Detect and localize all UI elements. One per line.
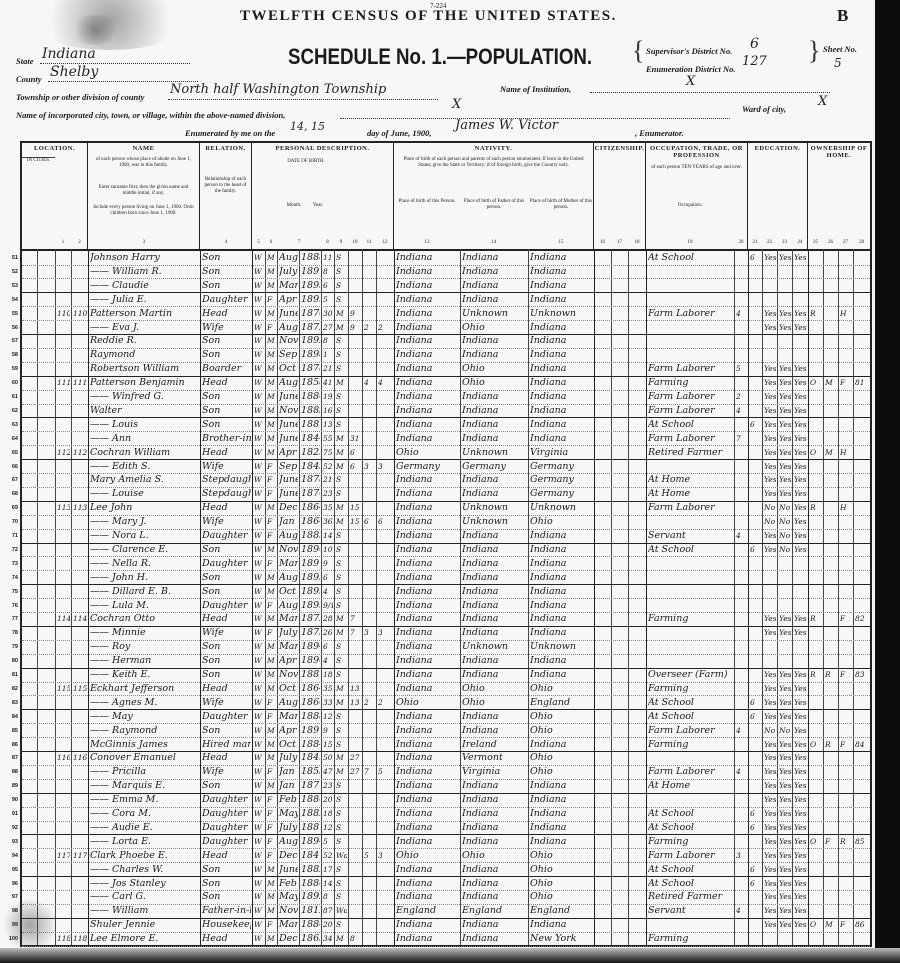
- cell-owned: [810, 460, 822, 474]
- cell-name: Mary Amelia S.: [90, 473, 199, 487]
- cell-months-unemp: 4: [736, 904, 747, 918]
- cell-dwelling: 118: [57, 932, 70, 946]
- cell-month: July: [279, 751, 298, 765]
- day-of-label: day of June, 1900,: [367, 128, 431, 138]
- cell-month: July: [279, 265, 298, 279]
- cell-age: 1: [323, 348, 333, 362]
- cell-yrs-married: [350, 557, 361, 571]
- cell-schedule: [855, 640, 869, 654]
- census-row: 51Johnson HarrySonWMAug188811SIndianaInd…: [22, 251, 870, 266]
- cell-mother: Indiana: [530, 529, 593, 543]
- cell-birth: Indiana: [396, 334, 459, 348]
- cell-birth: Indiana: [396, 293, 459, 307]
- cell-months-unemp: [736, 682, 747, 696]
- cell-owned: [810, 779, 822, 793]
- cell-age: 9/12: [323, 599, 333, 613]
- cell-name: —— Nora L.: [90, 529, 199, 543]
- cell-owned: [810, 890, 822, 904]
- cell-dwelling: 117: [57, 849, 70, 863]
- cell-mother-of: [364, 793, 375, 807]
- cell-year: 1890: [301, 543, 320, 557]
- cell-mother: Indiana: [530, 612, 593, 626]
- cell-relation: Son: [202, 779, 251, 793]
- cell-mortgage: [825, 432, 837, 446]
- cell-write: Yes: [779, 612, 791, 626]
- cell-living: [378, 529, 393, 543]
- cell-english: Yes: [794, 668, 807, 682]
- cell-family: [73, 543, 87, 557]
- cell-father: Indiana: [462, 599, 527, 613]
- cell-father: Indiana: [462, 571, 527, 585]
- cell-write: Yes: [779, 877, 791, 891]
- cell-dwelling: [57, 279, 70, 293]
- cell-father: Vermont: [462, 751, 527, 765]
- cell-school: [750, 904, 761, 918]
- cell-months-unemp: [736, 807, 747, 821]
- cell-color: W: [254, 738, 264, 752]
- schedule-title: SCHEDULE No. 1.—POPULATION.: [288, 44, 592, 70]
- line-number: 74: [4, 575, 18, 581]
- township-label: Township or other division of county: [16, 92, 144, 102]
- census-row: 52—— William R.SonWMJuly18918SIndianaInd…: [22, 265, 870, 280]
- cell-name: —— Louise: [90, 487, 199, 501]
- column-number: 3: [88, 240, 200, 245]
- cell-age: 5: [323, 293, 333, 307]
- cell-color: W: [254, 279, 264, 293]
- cell-color: W: [254, 251, 264, 265]
- column-number: 21: [748, 240, 762, 245]
- cell-farm: [840, 696, 852, 710]
- cell-occupation: At School: [648, 543, 733, 557]
- line-number: 51: [4, 255, 18, 261]
- cell-sex: F: [267, 529, 276, 543]
- cell-father: Indiana: [462, 626, 527, 640]
- cell-marital: S: [336, 571, 347, 585]
- cell-month: Aug: [279, 251, 298, 265]
- cell-write: [779, 571, 791, 585]
- census-row: 56—— Eva J.WifeWFAug187227M922IndianaOhi…: [22, 321, 870, 336]
- cell-mortgage: [825, 543, 837, 557]
- cell-family: [73, 529, 87, 543]
- cell-english: Yes: [794, 724, 807, 738]
- supervisor-value: 6: [750, 36, 759, 52]
- cell-mortgage: [825, 251, 837, 265]
- cell-marital: S: [336, 334, 347, 348]
- cell-school: [750, 793, 761, 807]
- cell-birth: Indiana: [396, 529, 459, 543]
- cell-relation: Wife: [202, 626, 251, 640]
- cell-mother: Indiana: [530, 557, 593, 571]
- cell-sex: M: [267, 446, 276, 460]
- cell-age: 8: [323, 890, 333, 904]
- cell-family: 110: [73, 307, 87, 321]
- personal-description-header: PERSONAL DESCRIPTION. DATE OF BIRTH. Mon…: [252, 143, 394, 249]
- cell-schedule: [855, 710, 869, 724]
- column-number: 15: [528, 240, 594, 245]
- cell-birth: Indiana: [396, 390, 459, 404]
- cell-yrs-married: [350, 543, 361, 557]
- cell-family: 116: [73, 751, 87, 765]
- cell-farm: [840, 557, 852, 571]
- cell-birth: Germany: [396, 460, 459, 474]
- cell-relation: Wife: [202, 765, 251, 779]
- cell-name: —— Cora M.: [90, 807, 199, 821]
- cell-english: Yes: [794, 376, 807, 390]
- cell-sex: F: [267, 765, 276, 779]
- cell-schedule: [855, 585, 869, 599]
- cell-family: 111: [73, 376, 87, 390]
- cell-write: Yes: [779, 765, 791, 779]
- census-row: 78—— MinnieWifeWFJuly187326M733IndianaIn…: [22, 626, 870, 641]
- cell-father: Ohio: [462, 682, 527, 696]
- cell-mortgage: [825, 821, 837, 835]
- cell-write: Yes: [779, 446, 791, 460]
- cell-year: 1870: [301, 307, 320, 321]
- cell-occupation: Farm Laborer: [648, 501, 733, 515]
- cell-relation: Head: [202, 751, 251, 765]
- cell-occupation: [648, 751, 733, 765]
- cell-living: [378, 473, 393, 487]
- cell-age: 11: [323, 251, 333, 265]
- cell-month: Feb: [279, 793, 298, 807]
- column-number: 19: [646, 240, 734, 245]
- cell-dwelling: [57, 724, 70, 738]
- census-row: 72—— Clarence E.SonWMNov189010SIndianaIn…: [22, 543, 870, 558]
- cell-school: 6: [750, 807, 761, 821]
- cell-father: Germany: [462, 460, 527, 474]
- cell-sex: F: [267, 460, 276, 474]
- cell-farm: [840, 654, 852, 668]
- cell-relation: Daughter: [202, 835, 251, 849]
- cell-living: [378, 543, 393, 557]
- cell-schedule: [855, 293, 869, 307]
- cell-age: 27: [323, 321, 333, 335]
- cell-year: 1894: [301, 835, 320, 849]
- cell-living: [378, 571, 393, 585]
- line-number: 68: [4, 491, 18, 497]
- cell-english: [794, 585, 807, 599]
- cell-yrs-married: [350, 724, 361, 738]
- cell-mother-of: [364, 543, 375, 557]
- cell-english: [794, 279, 807, 293]
- cell-owned: [810, 279, 822, 293]
- cell-sex: M: [267, 890, 276, 904]
- cell-marital: M: [336, 460, 347, 474]
- cell-color: W: [254, 376, 264, 390]
- cell-father: Indiana: [462, 418, 527, 432]
- cell-mother-of: [364, 571, 375, 585]
- cell-marital: S: [336, 863, 347, 877]
- cell-mother: Ohio: [530, 890, 593, 904]
- enumerated-label: Enumerated by me on the: [185, 128, 275, 138]
- cell-farm: [840, 460, 852, 474]
- cell-occupation: Servant: [648, 904, 733, 918]
- line-number: 97: [4, 894, 18, 900]
- cell-owned: R: [810, 612, 822, 626]
- cell-dwelling: 112: [57, 446, 70, 460]
- cell-read: Yes: [764, 446, 776, 460]
- cell-owned: [810, 696, 822, 710]
- cell-read: Yes: [764, 765, 776, 779]
- column-number: 4: [200, 240, 252, 245]
- cell-marital: M: [336, 432, 347, 446]
- cell-write: Yes: [779, 473, 791, 487]
- cell-living: 3: [378, 460, 393, 474]
- cell-schedule: [855, 418, 869, 432]
- cell-english: Yes: [794, 751, 807, 765]
- cell-relation: Stepdaughter: [202, 473, 251, 487]
- cell-write: Yes: [779, 696, 791, 710]
- cell-month: June: [279, 863, 298, 877]
- location-header: LOCATION. IN CITIES.: [22, 143, 88, 249]
- cell-read: Yes: [764, 682, 776, 696]
- cell-sex: F: [267, 696, 276, 710]
- cell-write: Yes: [779, 849, 791, 863]
- cell-relation: Head: [202, 612, 251, 626]
- cell-birth: Indiana: [396, 432, 459, 446]
- cell-month: May: [279, 890, 298, 904]
- cell-dwelling: 111: [57, 376, 70, 390]
- column-number: 18: [628, 240, 646, 245]
- cell-owned: [810, 432, 822, 446]
- cell-father: Indiana: [462, 390, 527, 404]
- cell-read: No: [764, 724, 776, 738]
- cell-year: 1843: [301, 460, 320, 474]
- cell-birth: Indiana: [396, 890, 459, 904]
- cell-months-unemp: [736, 877, 747, 891]
- cell-read: Yes: [764, 779, 776, 793]
- cell-english: Yes: [794, 321, 807, 335]
- cell-months-unemp: [736, 585, 747, 599]
- line-number: 82: [4, 686, 18, 692]
- cell-dwelling: [57, 334, 70, 348]
- cell-month: July: [279, 821, 298, 835]
- cell-mother: England: [530, 696, 593, 710]
- cell-school: 6: [750, 821, 761, 835]
- cell-school: [750, 487, 761, 501]
- cell-dwelling: [57, 793, 70, 807]
- cell-mother: Indiana: [530, 432, 593, 446]
- cell-farm: [840, 390, 852, 404]
- line-number: 59: [4, 366, 18, 372]
- cell-living: [378, 668, 393, 682]
- cell-dwelling: [57, 251, 70, 265]
- cell-schedule: 81: [855, 376, 869, 390]
- column-number: 20: [734, 240, 748, 245]
- cell-owned: [810, 710, 822, 724]
- cell-year: 1893: [301, 571, 320, 585]
- cell-color: W: [254, 710, 264, 724]
- cell-english: Yes: [794, 432, 807, 446]
- census-row: 70—— Mary J.WifeWFJan186436M1566IndianaU…: [22, 515, 870, 530]
- cell-living: [378, 863, 393, 877]
- cell-farm: [840, 515, 852, 529]
- census-row: 100118118Lee Elmore E.HeadWMDec186534M8I…: [22, 932, 870, 947]
- cell-relation: Head: [202, 932, 251, 946]
- cell-yrs-married: 15: [350, 501, 361, 515]
- cell-marital: S: [336, 529, 347, 543]
- line-number: 55: [4, 311, 18, 317]
- cell-relation: Head: [202, 849, 251, 863]
- cell-occupation: Farming: [648, 835, 733, 849]
- cell-name: —— Agnes M.: [90, 696, 199, 710]
- cell-occupation: [648, 557, 733, 571]
- cell-color: W: [254, 557, 264, 571]
- cell-school: [750, 918, 761, 932]
- cell-sex: M: [267, 904, 276, 918]
- cell-living: [378, 738, 393, 752]
- cell-write: Yes: [779, 376, 791, 390]
- cell-write: Yes: [779, 460, 791, 474]
- census-row: 99Shuler JennieHousekeeperWFMar188020SIn…: [22, 918, 870, 933]
- cell-yrs-married: [350, 918, 361, 932]
- census-row: 86McGinnis JamesHired manWMOct188415SInd…: [22, 738, 870, 753]
- cell-father: Unknown: [462, 501, 527, 515]
- census-row: 57Reddie R.SonWMNov18928SIndianaIndianaI…: [22, 334, 870, 349]
- cell-age: 20: [323, 918, 333, 932]
- cell-name: —— Herman: [90, 654, 199, 668]
- cell-owned: [810, 793, 822, 807]
- cell-english: Yes: [794, 460, 807, 474]
- cell-farm: F: [840, 668, 852, 682]
- cell-father: England: [462, 904, 527, 918]
- line-number: 93: [4, 839, 18, 845]
- cell-mortgage: [825, 557, 837, 571]
- cell-mortgage: [825, 321, 837, 335]
- cell-living: [378, 890, 393, 904]
- cell-school: [750, 279, 761, 293]
- cell-mother: Indiana: [530, 418, 593, 432]
- cell-months-unemp: 4: [736, 765, 747, 779]
- cell-mother: Indiana: [530, 362, 593, 376]
- cell-school: [750, 668, 761, 682]
- cell-mother-of: 2: [364, 321, 375, 335]
- cell-mother-of: [364, 362, 375, 376]
- cell-school: [750, 390, 761, 404]
- cell-sex: M: [267, 362, 276, 376]
- cell-name: Robertson William: [90, 362, 199, 376]
- cell-name: Walter: [90, 404, 199, 418]
- cell-family: 114: [73, 612, 87, 626]
- cell-mortgage: R: [825, 668, 837, 682]
- cell-school: [750, 779, 761, 793]
- census-row: 65112112Cochran WilliamHeadWMApr182575M6…: [22, 446, 870, 461]
- cell-read: Yes: [764, 473, 776, 487]
- cell-relation: Hired man: [202, 738, 251, 752]
- cell-name: —— Lorta E.: [90, 835, 199, 849]
- cell-relation: Daughter: [202, 793, 251, 807]
- cell-dwelling: [57, 696, 70, 710]
- cell-father: Indiana: [462, 863, 527, 877]
- cell-read: Yes: [764, 362, 776, 376]
- cell-father: Indiana: [462, 543, 527, 557]
- cell-name: —— Eva J.: [90, 321, 199, 335]
- cell-living: [378, 334, 393, 348]
- cell-read: Yes: [764, 543, 776, 557]
- county-label: County: [16, 74, 42, 84]
- occupation-header: OCCUPATION, TRADE, OR PROFESSION of each…: [646, 143, 748, 249]
- cell-farm: H: [840, 446, 852, 460]
- cell-mother: Indiana: [530, 293, 593, 307]
- cell-mother-of: [364, 390, 375, 404]
- cell-month: Aug: [279, 696, 298, 710]
- cell-school: [750, 890, 761, 904]
- cell-father: Unknown: [462, 515, 527, 529]
- cell-schedule: [855, 251, 869, 265]
- cell-farm: [840, 348, 852, 362]
- cell-month: June: [279, 307, 298, 321]
- cell-occupation: At Home: [648, 779, 733, 793]
- cell-dwelling: [57, 738, 70, 752]
- cell-sex: M: [267, 348, 276, 362]
- census-row: 93—— Lorta E.DaughterWFAug18945SIndianaI…: [22, 835, 870, 850]
- cell-owned: R: [810, 668, 822, 682]
- cell-month: Mar: [279, 710, 298, 724]
- cell-mother: England: [530, 904, 593, 918]
- cell-mother: Unknown: [530, 640, 593, 654]
- cell-english: Yes: [794, 765, 807, 779]
- cell-color: W: [254, 487, 264, 501]
- cell-living: [378, 265, 393, 279]
- cell-mortgage: [825, 487, 837, 501]
- relation-header: RELATION. Relationship of each person to…: [200, 143, 252, 249]
- cell-year: 1898: [301, 348, 320, 362]
- cell-owned: [810, 654, 822, 668]
- cell-mortgage: [825, 612, 837, 626]
- cell-farm: [840, 932, 852, 946]
- cell-english: Yes: [794, 710, 807, 724]
- cell-name: Lee John: [90, 501, 199, 515]
- cell-sex: F: [267, 807, 276, 821]
- line-number: 78: [4, 630, 18, 636]
- cell-mother-of: [364, 265, 375, 279]
- cell-age: 21: [323, 362, 333, 376]
- cell-mortgage: [825, 932, 837, 946]
- cell-mortgage: [825, 696, 837, 710]
- cell-relation: Daughter: [202, 529, 251, 543]
- cell-occupation: At School: [648, 251, 733, 265]
- census-row: 63—— LouisSonWMJune188713SIndianaIndiana…: [22, 418, 870, 433]
- cell-marital: M: [336, 446, 347, 460]
- cell-marital: M: [336, 501, 347, 515]
- cell-farm: [840, 599, 852, 613]
- cell-occupation: Farm Laborer: [648, 362, 733, 376]
- line-number: 95: [4, 867, 18, 873]
- cell-mortgage: [825, 585, 837, 599]
- cell-birth: Ohio: [396, 446, 459, 460]
- cell-month: Apr: [279, 293, 298, 307]
- cell-name: —— Carl G.: [90, 890, 199, 904]
- cell-marital: M: [336, 932, 347, 946]
- cell-sex: F: [267, 626, 276, 640]
- line-number: 63: [4, 422, 18, 428]
- cell-schedule: [855, 321, 869, 335]
- cell-dwelling: [57, 710, 70, 724]
- census-row: 91—— Cora M.DaughterWFMay188218SIndianaI…: [22, 807, 870, 822]
- cell-english: Yes: [794, 473, 807, 487]
- cell-read: Yes: [764, 668, 776, 682]
- cell-farm: [840, 849, 852, 863]
- line-number: 88: [4, 769, 18, 775]
- column-number: 24: [792, 240, 808, 245]
- line-number: 64: [4, 436, 18, 442]
- cell-occupation: [648, 640, 733, 654]
- cell-mother-of: 7: [364, 765, 375, 779]
- cell-year: 1883: [301, 404, 320, 418]
- cell-months-unemp: [736, 460, 747, 474]
- cell-year: 1865: [301, 932, 320, 946]
- cell-year: 1876: [301, 487, 320, 501]
